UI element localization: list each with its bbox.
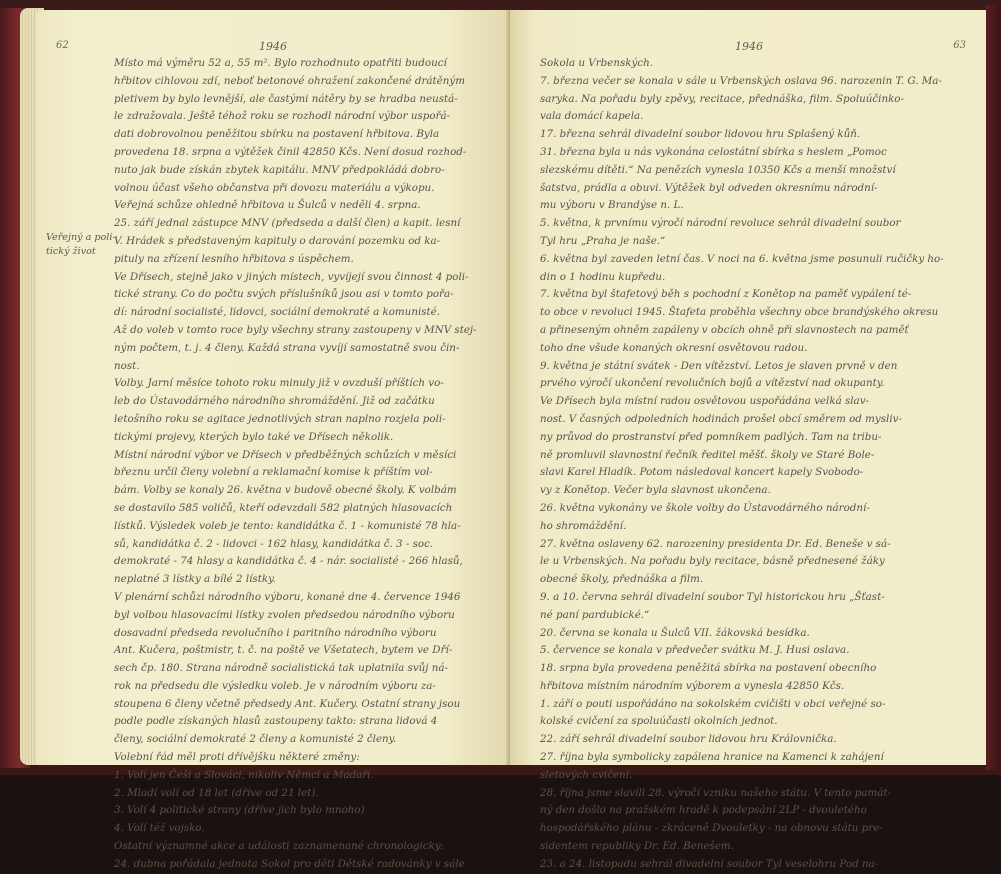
handwritten-line: 9. a 10. června sehrál divadelní soubor … (540, 589, 944, 607)
handwritten-line: hřbitova místním národním výborem a vyne… (540, 678, 944, 696)
handwritten-line: tickými projevy, kterých bylo také ve Dř… (114, 429, 477, 447)
handwritten-line: podle podle získaných hlasů zastoupeny t… (114, 713, 477, 731)
handwritten-line: 27. října byla symbolicky zapálena hrani… (540, 749, 944, 767)
margin-note: Veřejný a poli- tický život (46, 231, 116, 259)
handwritten-line: a přineseným ohněm zapáleny v obcích ohn… (540, 322, 944, 340)
handwritten-line: le zdražovala. Ještě téhož roku se rozho… (114, 108, 477, 126)
handwritten-line: pletivem by bylo levnější, ale častými n… (114, 91, 477, 109)
handwritten-line: Ant. Kučera, poštmistr, t. č. na poště v… (114, 642, 477, 660)
handwritten-line: dí: národní socialisté, lidovci, sociáln… (114, 304, 477, 322)
handwritten-line: 22. září sehrál divadelní soubor lidovou… (540, 731, 944, 749)
handwritten-line: to obce v revoluci 1945. Štafeta proběhl… (540, 304, 944, 322)
margin-note-line: tický život (46, 245, 116, 259)
handwritten-line: kolské cvičení za spoluúčasti okolních j… (540, 713, 944, 731)
handwritten-line: sů, kandidátka č. 2 - lidovci - 162 hlas… (114, 536, 477, 554)
handwritten-line: vala domácí kapela. (540, 108, 944, 126)
handwritten-line: šatstva, prádla a obuvi. Výtěžek byl odv… (540, 180, 944, 198)
handwritten-line: Místní národní výbor ve Dřísech v předbě… (114, 447, 477, 465)
handwritten-line: V. Hrádek s představeným kapituly o daro… (114, 233, 477, 251)
handwritten-line: 26. května vykonány ve škole volby do Ús… (540, 500, 944, 518)
handwritten-line: hřbitov cihlovou zdí, neboť betonové ohr… (114, 73, 477, 91)
handwritten-line: Ve Dřísech byla místní radou osvětovou u… (540, 393, 944, 411)
margin-note-line: Veřejný a poli- (46, 231, 116, 245)
left-page: 62 1946 Veřejný a poli- tický život Míst… (36, 10, 510, 765)
handwritten-line: toho dne všude konaných okresní osvětovo… (540, 340, 944, 358)
handwritten-line: byl volbou hlasovacími lístky zvolen pře… (114, 607, 477, 625)
handwritten-line: provedena 18. srpna a výtěžek činil 4285… (114, 144, 477, 162)
handwritten-line: pituly na zřízení lesního hřbitova s úsp… (114, 251, 477, 269)
handwritten-line: dati dobrovolnou peněžitou sbírku na pos… (114, 126, 477, 144)
handwritten-line: 31. března byla u nás vykonána celostátn… (540, 144, 944, 162)
handwritten-line: rok na předsedu dle výsledku voleb. Je v… (114, 678, 477, 696)
handwritten-line: 25. září jednal zástupce MNV (předseda a… (114, 215, 477, 233)
handwritten-line: ně promluvil slavnostní řečník ředitel m… (540, 447, 944, 465)
handwritten-line: 6. května byl zaveden letní čas. V noci … (540, 251, 944, 269)
handwritten-line: březnu určil členy volební a reklamační … (114, 464, 477, 482)
handwritten-line: neplatné 3 lístky a bílé 2 lístky. (114, 571, 477, 589)
handwritten-line: Až do voleb v tomto roce byly všechny st… (114, 322, 477, 340)
handwritten-line: Volební řád měl proti dřívějšku některé … (114, 749, 477, 767)
handwritten-line: lístků. Výsledek voleb je tento: kandidá… (114, 518, 477, 536)
handwritten-line: vy z Konětop. Večer byla slavnost ukonče… (540, 482, 944, 500)
handwritten-line: 18. srpna byla provedena peněžitá sbírka… (540, 660, 944, 678)
handwritten-line: ným počtem, t. j. 4 členy. Každá strana … (114, 340, 477, 358)
handwritten-line: Sokola u Vrbenských. (540, 55, 944, 73)
handwritten-line: prvého výročí ukončení revolučních bojů … (540, 375, 944, 393)
handwritten-line: Ve Dřísech, stejně jako v jiných místech… (114, 269, 477, 287)
handwritten-line: din o 1 hodinu kupředu. (540, 269, 944, 287)
handwritten-line: 17. března sehrál divadelní soubor lidov… (540, 126, 944, 144)
handwritten-line: ny průvod do prostranství před pomníkem … (540, 429, 944, 447)
handwritten-line: V plenární schůzi národního výboru, kona… (114, 589, 477, 607)
handwritten-line: 1. Volí jen Češi a Slováci, nikoliv Němc… (114, 767, 477, 775)
handwritten-line: sech čp. 180. Strana národně socialistic… (114, 660, 477, 678)
handwritten-line: 1. září o pouti uspořádáno na sokolském … (540, 696, 944, 714)
handwritten-line: Tyl hru „Praha je naše.“ (540, 233, 944, 251)
handwritten-line: sletových cvičení. (540, 767, 944, 775)
handwritten-line: 5. července se konala v předvečer svátku… (540, 642, 944, 660)
handwritten-line: 7. března večer se konala v sále u Vrben… (540, 73, 944, 91)
handwritten-line: 5. května, k prvnímu výročí národní revo… (540, 215, 944, 233)
open-book: 62 1946 Veřejný a poli- tický život Míst… (0, 0, 1001, 775)
handwritten-line: obecné školy, přednáška a film. (540, 571, 944, 589)
handwritten-line: se dostavilo 585 voličů, kteří odevzdali… (114, 500, 477, 518)
handwritten-line: letošního roku se agitace jednotlivých s… (114, 411, 477, 429)
handwritten-line: 27. května oslaveny 62. narozeniny presi… (540, 536, 944, 554)
page-year-header: 1946 (510, 40, 988, 53)
handwritten-line: mu výboru v Brandýse n. L. (540, 197, 944, 215)
handwritten-line: bám. Volby se konaly 26. května v budově… (114, 482, 477, 500)
handwritten-line: tické strany. Co do počtu svých příslušn… (114, 286, 477, 304)
handwritten-line: demokraté - 74 hlasy a kandidátka č. 4 -… (114, 553, 477, 571)
handwritten-line: saryka. Na pořadu byly zpěvy, recitace, … (540, 91, 944, 109)
handwritten-line: 20. června se konala u Šulců VII. žákovs… (540, 625, 944, 643)
handwritten-line: dosavadní předseda revolučního i paritní… (114, 625, 477, 643)
book-cover-right (986, 5, 1001, 770)
handwritten-line: slavi Karel Hladík. Potom následoval kon… (540, 464, 944, 482)
handwritten-line: Veřejná schůze ohledně hřbitova u Šulců … (114, 197, 477, 215)
handwritten-line: stoupena 6 členy včetně předsedy Ant. Ku… (114, 696, 477, 714)
right-page-text: Sokola u Vrbenských.7. března večer se k… (540, 55, 944, 775)
handwritten-line: nost. V časných odpoledních hodinách pro… (540, 411, 944, 429)
handwritten-line: 9. května je státní svátek - Den vítězst… (540, 358, 944, 376)
handwritten-line: nost. (114, 358, 477, 376)
handwritten-line: né paní pardubické.“ (540, 607, 944, 625)
page-year-header: 1946 (36, 40, 510, 53)
handwritten-line: nuto jak bude získán zbytek kapitálu. MN… (114, 162, 477, 180)
handwritten-line: slezskému dítěti.“ Na penězích vynesla 1… (540, 162, 944, 180)
handwritten-line: le u Vrbenských. Na pořadu byly recitace… (540, 553, 944, 571)
handwritten-line: Místo má výměru 52 a, 55 m². Bylo rozhod… (114, 55, 477, 73)
left-page-text: Místo má výměru 52 a, 55 m². Bylo rozhod… (114, 55, 477, 775)
handwritten-line: leb do Ústavodárného národního shromáždě… (114, 393, 477, 411)
handwritten-line: členy, sociální demokraté 2 členy a komu… (114, 731, 477, 749)
handwritten-line: 7. května byl štafetový běh s pochodní z… (540, 286, 944, 304)
right-page: 63 1946 Sokola u Vrbenských.7. března ve… (510, 10, 988, 765)
handwritten-line: volnou účast všeho občanstva při dovozu … (114, 180, 477, 198)
handwritten-line: ho shromáždění. (540, 518, 944, 536)
handwritten-line: Volby. Jarní měsíce tohoto roku minuly j… (114, 375, 477, 393)
